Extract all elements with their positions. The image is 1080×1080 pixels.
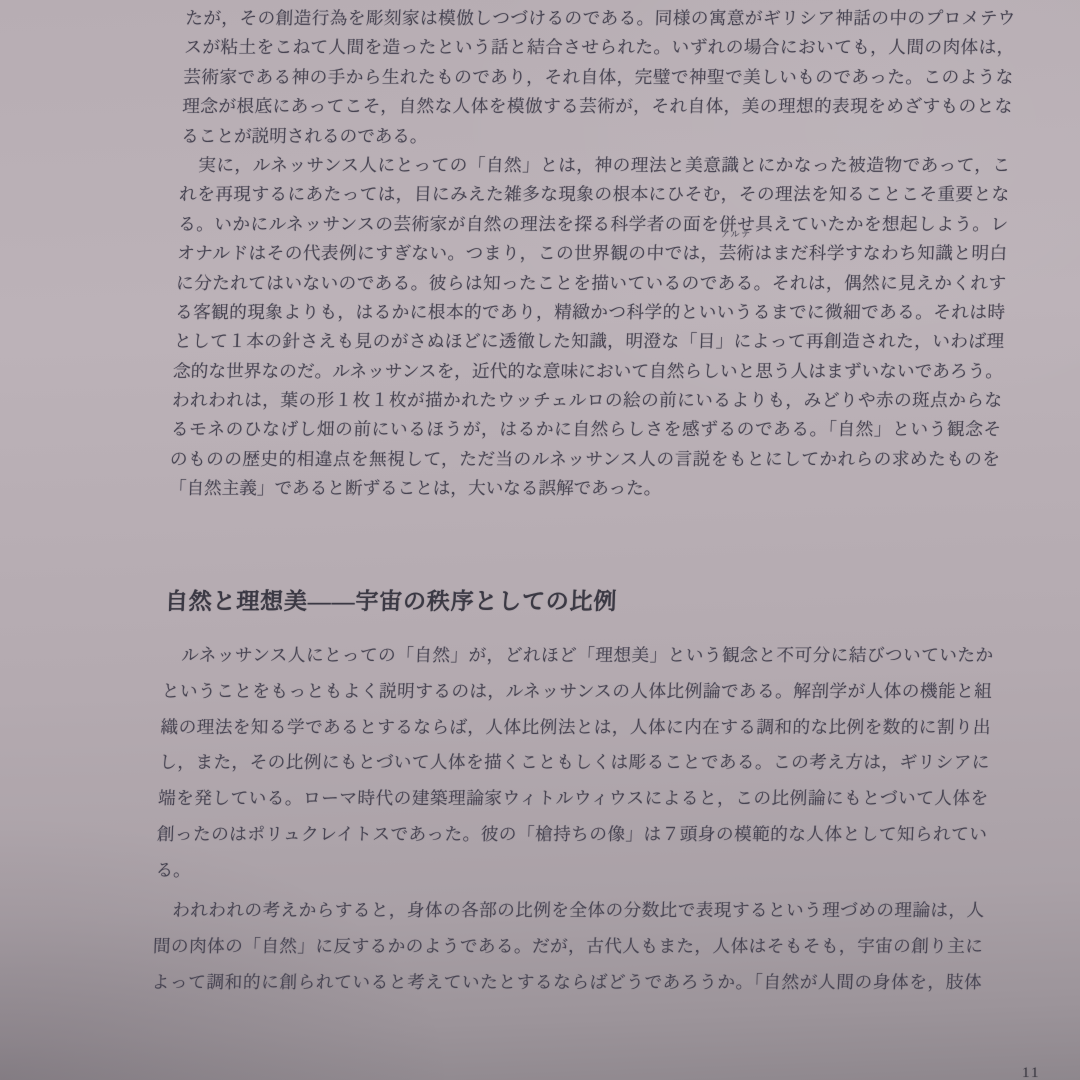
text-line: 芸術家である神の手から生れたものであり，それ自体，完璧で神聖で美しいものであった… — [183, 63, 1014, 92]
paragraph-2: 実に，ルネッサンス人にとっての「自然」とは，神の理法と美意識とにかなった被造物で… — [168, 151, 1010, 504]
ruby-term: アルテ芸術 — [718, 239, 754, 268]
ruby-line-post: はまだ科学すなわち知識と明白 — [754, 243, 1008, 263]
text-line: われわれの考えからすると，身体の各部の比例を全体の分数比で表現するという理づめの… — [154, 893, 985, 929]
page-text-block: たが，その創造行為を彫刻家は模倣しつづけるのである。同様の寓意がギリシア神話の中… — [148, 0, 1016, 1080]
text-line: 「自然主義」であると断ずることは，大いなる誤解であった。 — [168, 474, 999, 503]
lower-text-section: ルネッサンス人にとっての「自然」が，どれほど「理想美」という観念と不可分に結びつ… — [151, 638, 994, 1001]
text-line: スが粘土をこねて人間を造ったという話と結合させられた。いずれの場合においても，人… — [184, 33, 1015, 62]
text-line: ることが説明されるのである。 — [181, 122, 1012, 151]
text-line: ルネッサンス人にとっての「自然」が，どれほど「理想美」という観念と不可分に結びつ… — [162, 638, 993, 674]
text-line: 念的な世界なのだ。ルネッサンスを，近代的な意味において自然らしいと思う人はまずい… — [173, 357, 1004, 386]
furigana-arte: アルテ — [720, 230, 751, 239]
text-line: として１本の針さえも見のがさぬほどに透徹した知識，明澄な「目」によって再創造され… — [174, 327, 1005, 356]
text-line: る。いかにルネッサンスの芸術家が自然の理法を探る科学者の面を併せ具えていたかを想… — [178, 210, 1009, 239]
text-line: ということをもっともよく説明するのは，ルネッサンスの人体比例論である。解剖学が人… — [161, 674, 992, 710]
upper-text-section: たが，その創造行為を彫刻家は模倣しつづけるのである。同様の寓意がギリシア神話の中… — [168, 4, 1015, 504]
ruby-line-pre: オナルドはその代表例にすぎない。つまり，この世界観の中では， — [177, 243, 719, 263]
text-line: 端を発している。ローマ時代の建築理論家ウィトルウィウスによると，この比例論にもと… — [157, 781, 988, 817]
text-line: し，また，その比例にもとづいて人体を描くこともしくは彫ることである。この考え方は… — [159, 745, 990, 781]
text-line: 創ったのはポリュクレイトスであった。彼の「槍持ちの像」は７頭身の模範的な人体とし… — [156, 817, 987, 853]
paragraph-1: たが，その創造行為を彫刻家は模倣しつづけるのである。同様の寓意がギリシア神話の中… — [181, 4, 1016, 151]
text-line: る客観的現象よりも，はるかに根本的であり，精緻かつ科学的といいうるまでに微細であ… — [175, 298, 1006, 327]
text-line: に分たれてはいないのである。彼らは知ったことを描いているのである。それは，偶然に… — [176, 269, 1007, 298]
text-line: 織の理法を知る学であるとするならば，人体比例法とは，人体に内在する調和的な比例を… — [160, 710, 991, 746]
ruby-base: 芸術 — [718, 243, 754, 263]
page-number: 11 — [1022, 1065, 1040, 1080]
book-page-photo: たが，その創造行為を彫刻家は模倣しつづけるのである。同様の寓意がギリシア神話の中… — [0, 0, 1080, 1080]
text-line: われわれは，葉の形１枚１枚が描かれたウッチェルロの絵の前にいるよりも，みどりや赤… — [171, 386, 1002, 415]
text-line: れを再現するにあたっては，目にみえた雑多な現象の根本にひそむ，その理法を知ること… — [179, 180, 1010, 209]
text-line: る。 — [155, 853, 986, 889]
text-line: よって調和的に創られていると考えていたとするならばどうであろうか。「自然が人間の… — [151, 965, 982, 1001]
text-line: たが，その創造行為を彫刻家は模倣しつづけるのである。同様の寓意がギリシア神話の中… — [185, 4, 1016, 33]
text-line: 実に，ルネッサンス人にとっての「自然」とは，神の理法と美意識とにかなった被造物で… — [180, 151, 1011, 180]
paragraph-4: われわれの考えからすると，身体の各部の比例を全体の分数比で表現するという理づめの… — [151, 893, 985, 1000]
paragraph-3: ルネッサンス人にとっての「自然」が，どれほど「理想美」という観念と不可分に結びつ… — [155, 638, 994, 889]
text-line-with-ruby: オナルドはその代表例にすぎない。つまり，この世界観の中では，アルテ芸術はまだ科学… — [177, 239, 1008, 268]
text-line: 間の肉体の「自然」に反するかのようである。だが，古代人もまた，人体はそもそも，宇… — [152, 929, 983, 965]
section-heading: 自然と理想美――宇宙の秩序としての比例 — [164, 583, 617, 616]
text-line: るモネのひなげし畑の前にいるほうが，はるかに自然らしさを感ずるのである。「自然」… — [170, 415, 1001, 444]
text-line: 理念が根底にあってこそ，自然な人体を模倣する芸術が，それ自体，美の理想的表現をめ… — [182, 92, 1013, 121]
text-line: のものの歴史的相違点を無視して，ただ当のルネッサンス人の言説をもとにしてかれらの… — [169, 445, 1000, 474]
